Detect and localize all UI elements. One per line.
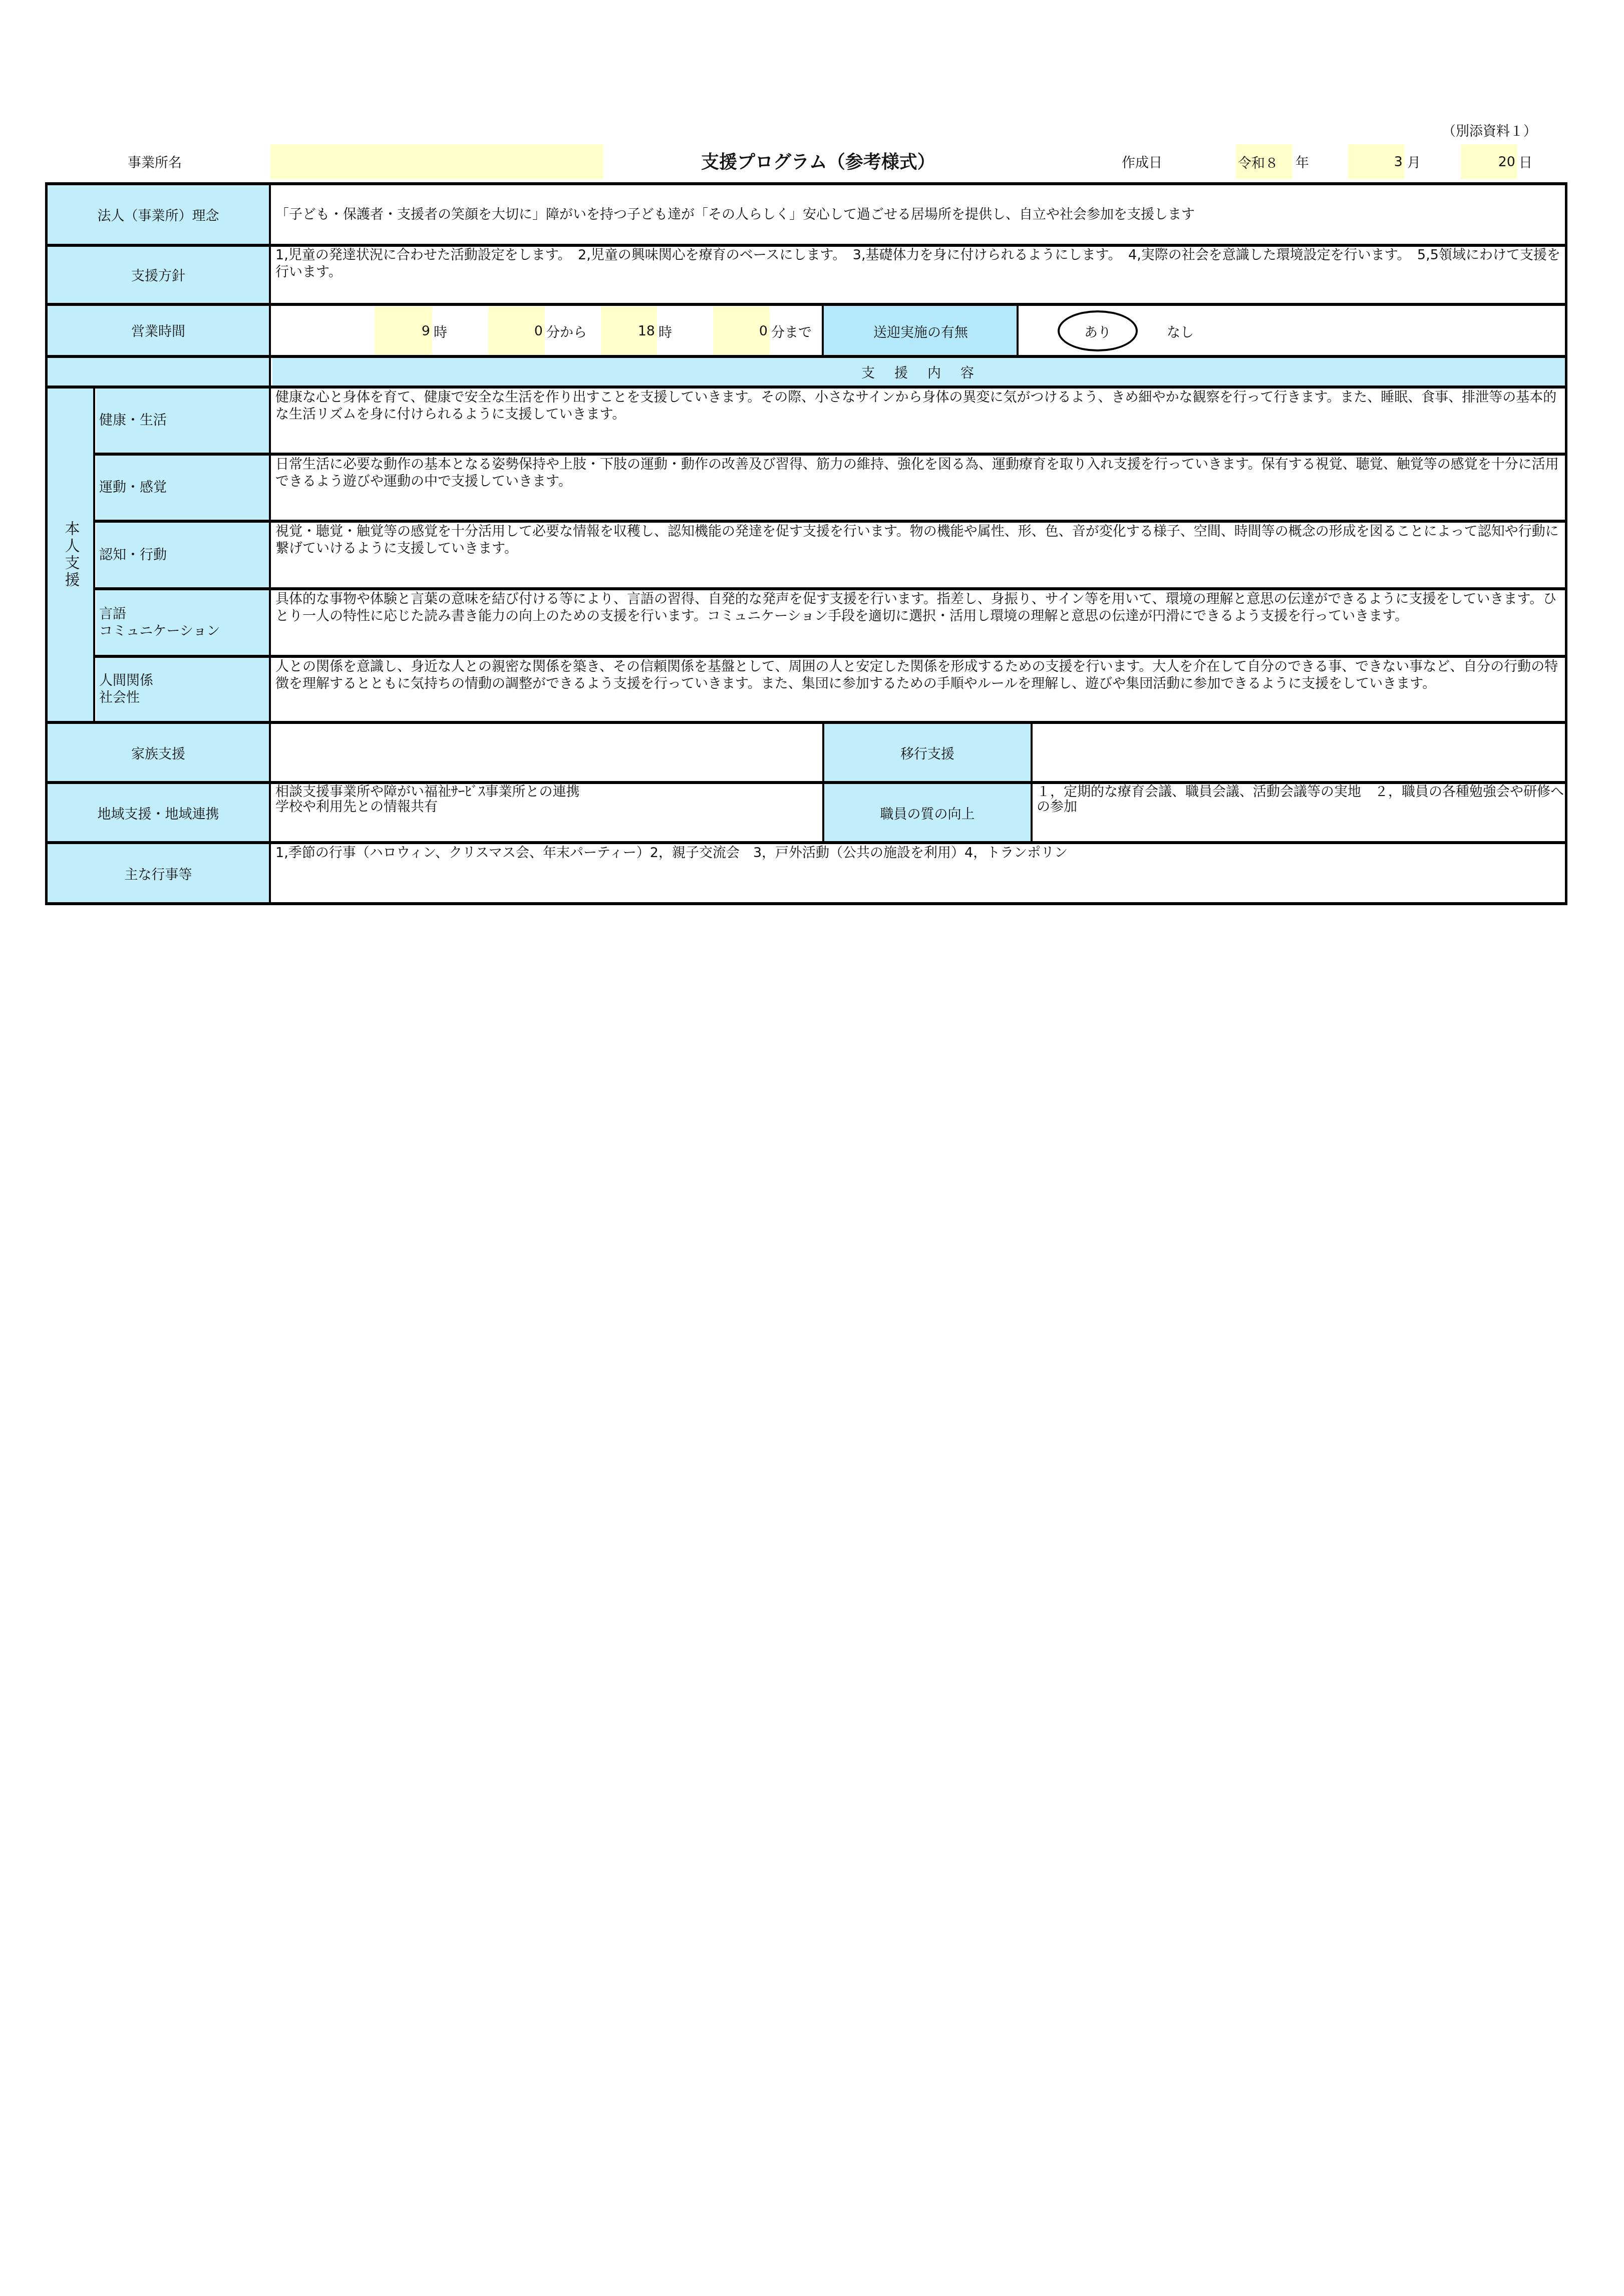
personal-support-group-label: 本人支援 [47,387,94,722]
personal-support-label-health: 健康・生活 [96,387,270,454]
office-name-label: 事業所名 [128,150,208,173]
page-title: 支援プログラム（参考様式） [701,148,961,173]
day-unit: 日 [1519,150,1539,173]
personal-support-text-language[interactable]: 具体的な事物や体験と言葉の意味を結び付ける等により、言語の習得、自発的な発声を促… [272,590,1566,656]
staff-quality-label: 職員の質の向上 [823,783,1032,843]
table-border-right [1565,182,1567,905]
community-label: 地域支援・地域連携 [47,783,270,843]
family-support-label: 家族支援 [47,722,270,783]
events-label: 主な行事等 [47,843,270,904]
philosophy-text[interactable]: 「子ども・保護者・支援者の笑顔を大切に」障がいを持つ子ども達が「その人らしく」安… [272,184,1566,245]
from-label: 分から [546,306,599,355]
philosophy-label: 法人（事業所）理念 [47,184,270,245]
row-divider [45,244,1567,247]
office-name-field[interactable] [270,144,603,179]
month-field[interactable]: 3 [1348,144,1405,179]
hour-unit-1: 時 [434,306,484,355]
staff-quality-text[interactable]: １，定期的な療育会議、職員会議、活動会議等の実地 ２，職員の各種勉強会や研修への… [1034,784,1566,843]
created-date-label: 作成日 [1122,150,1177,173]
hours-transport-divider [822,303,824,356]
transport-value-divider [1017,303,1019,356]
transport-label: 送迎実施の有無 [824,305,1018,356]
family-support-text[interactable] [272,723,823,783]
table-border-top [45,182,1567,185]
row-divider [93,655,1567,658]
personal-support-text-health[interactable]: 健康な心と身体を育て、健康で安全な生活を作り出すことを支援していきます。その際、… [272,388,1566,454]
row-divider [93,587,1567,590]
row-divider [93,520,1567,523]
transition-support-label: 移行支援 [823,722,1032,783]
label-column-divider [269,182,271,905]
transition-value-divider [1031,721,1033,843]
transport-no-option[interactable]: なし [1167,310,1207,351]
row-divider [45,303,1567,306]
table-border-bottom [45,902,1567,905]
month-unit: 月 [1407,150,1427,173]
start-minute-field[interactable]: 0 [488,306,545,355]
until-label: 分まで [771,306,823,355]
personal-support-text-motor[interactable]: 日常生活に必要な動作の基本となる姿勢保持や上肢・下肢の運動・動作の改善及び習得、… [272,455,1566,521]
personal-support-label-social: 人間関係 社会性 [96,656,270,722]
support-content-header-left [47,356,270,387]
personal-support-label-cognition: 認知・行動 [96,521,270,589]
row-divider [45,386,1567,389]
hours-label: 営業時間 [47,304,270,356]
row-divider [45,841,1567,844]
start-hour-field[interactable]: 9 [375,306,432,355]
transport-yes-option[interactable]: あり [1058,310,1138,351]
row-divider [45,781,1567,784]
attachment-note: （別添資料１） [1442,120,1542,140]
personal-support-label-motor: 運動・感覚 [96,454,270,521]
personal-support-text-social[interactable]: 人との関係を意識し、身近な人との親密な関係を築き、その信頼関係を基盤として、周囲… [272,657,1566,722]
policy-label: 支援方針 [47,245,270,304]
community-text[interactable]: 相談支援事業所や障がい福祉ｻｰﾋﾞｽ事業所との連携 学校や利用先との情報共有 [272,784,823,843]
hour-unit-2: 時 [659,306,709,355]
table-border-left [45,182,48,905]
row-divider [93,453,1567,456]
personal-support-group-text: 本人支援 [60,521,82,589]
transport-yes-label: あり [1084,321,1111,341]
row-divider [45,721,1567,724]
row-divider [45,355,1567,358]
events-text[interactable]: 1,季節の行事（ハロウィン、クリスマス会、年末パーティー）2，親子交流会 3，戸… [272,844,1566,904]
personal-support-label-language: 言語 コミュニケーション [96,589,270,656]
transition-support-text[interactable] [1034,723,1566,783]
day-field[interactable]: 20 [1461,144,1517,179]
personal-support-text-cognition[interactable]: 視覚・聴覚・触覚等の感覚を十分活用して必要な情報を収穫し、認知機能の発達を促す支… [272,522,1566,589]
end-hour-field[interactable]: 18 [601,306,657,355]
year-unit: 年 [1295,150,1316,173]
support-content-header: 支 援 内 容 [272,356,1566,387]
end-minute-field[interactable]: 0 [713,306,770,355]
policy-text[interactable]: 1,児童の発達状況に合わせた活動設定をします。 2,児童の興味関心を療育のベース… [272,246,1566,304]
personal-support-subcolumn-divider [93,386,95,722]
family-transition-divider [822,721,824,843]
era-year-field[interactable]: 令和８ [1236,144,1292,179]
